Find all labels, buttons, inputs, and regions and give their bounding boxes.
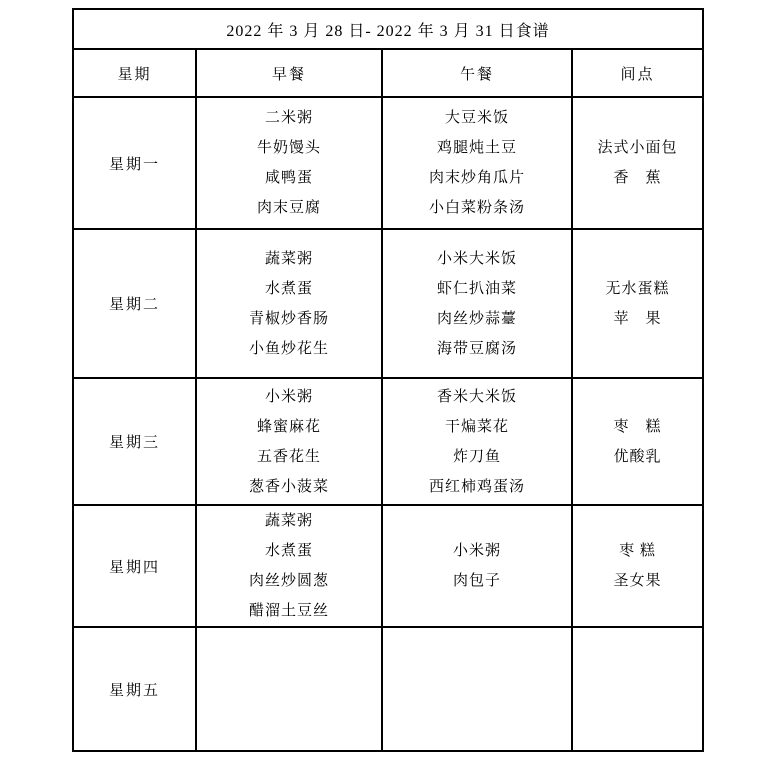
dish-item: 二米粥 xyxy=(197,103,381,133)
dish-item: 枣 糕 xyxy=(573,412,702,442)
dish-item: 肉包子 xyxy=(383,566,571,596)
row-thursday: 星期四 蔬菜粥水煮蛋肉丝炒圆葱醋溜土豆丝 小米粥肉包子 枣 糕圣女果 xyxy=(73,505,703,627)
dish-item: 炸刀鱼 xyxy=(383,442,571,472)
snack-cell: 枣 糕优酸乳 xyxy=(572,378,703,505)
dish-item: 葱香小菠菜 xyxy=(197,472,381,502)
dish-item: 小米大米饭 xyxy=(383,244,571,274)
dish-item: 肉丝炒蒜薹 xyxy=(383,304,571,334)
dish-item: 小鱼炒花生 xyxy=(197,334,381,364)
dish-item: 肉末豆腐 xyxy=(197,193,381,223)
column-header-snack: 间点 xyxy=(572,49,703,97)
day-cell: 星期二 xyxy=(73,229,196,378)
dish-item: 西红柿鸡蛋汤 xyxy=(383,472,571,502)
dish-item: 大豆米饭 xyxy=(383,103,571,133)
snack-cell: 无水蛋糕苹 果 xyxy=(572,229,703,378)
dish-item: 香 蕉 xyxy=(573,163,702,193)
dish-item: 鸡腿炖土豆 xyxy=(383,133,571,163)
snack-cell: 法式小面包香 蕉 xyxy=(572,97,703,229)
dish-item: 香米大米饭 xyxy=(383,382,571,412)
snack-cell: 枣 糕圣女果 xyxy=(572,505,703,627)
dish-item: 小米粥 xyxy=(383,536,571,566)
dish-item: 优酸乳 xyxy=(573,442,702,472)
header-row: 星期 早餐 午餐 间点 xyxy=(73,49,703,97)
row-friday: 星期五 xyxy=(73,627,703,751)
dish-item: 蜂蜜麻花 xyxy=(197,412,381,442)
lunch-cell xyxy=(382,627,572,751)
dish-item: 干煸菜花 xyxy=(383,412,571,442)
dish-item: 法式小面包 xyxy=(573,133,702,163)
page: 2022 年 3 月 28 日- 2022 年 3 月 31 日食谱 星期 早餐… xyxy=(0,0,773,759)
table-title: 2022 年 3 月 28 日- 2022 年 3 月 31 日食谱 xyxy=(73,9,703,49)
day-cell: 星期四 xyxy=(73,505,196,627)
breakfast-cell: 蔬菜粥水煮蛋肉丝炒圆葱醋溜土豆丝 xyxy=(196,505,382,627)
dish-item: 水煮蛋 xyxy=(197,274,381,304)
column-header-lunch: 午餐 xyxy=(382,49,572,97)
dish-item: 小白菜粉条汤 xyxy=(383,193,571,223)
dish-item: 肉末炒角瓜片 xyxy=(383,163,571,193)
dish-item: 蔬菜粥 xyxy=(197,244,381,274)
day-cell: 星期一 xyxy=(73,97,196,229)
breakfast-cell xyxy=(196,627,382,751)
dish-item: 圣女果 xyxy=(573,566,702,596)
lunch-cell: 小米大米饭虾仁扒油菜肉丝炒蒜薹海带豆腐汤 xyxy=(382,229,572,378)
row-wednesday: 星期三 小米粥蜂蜜麻花五香花生葱香小菠菜 香米大米饭干煸菜花炸刀鱼西红柿鸡蛋汤 … xyxy=(73,378,703,505)
day-cell: 星期三 xyxy=(73,378,196,505)
menu-table: 2022 年 3 月 28 日- 2022 年 3 月 31 日食谱 星期 早餐… xyxy=(72,8,704,752)
dish-item: 肉丝炒圆葱 xyxy=(197,566,381,596)
dish-item: 青椒炒香肠 xyxy=(197,304,381,334)
title-row: 2022 年 3 月 28 日- 2022 年 3 月 31 日食谱 xyxy=(73,9,703,49)
dish-item: 苹 果 xyxy=(573,304,702,334)
row-monday: 星期一 二米粥牛奶馒头咸鸭蛋肉末豆腐 大豆米饭鸡腿炖土豆肉末炒角瓜片小白菜粉条汤… xyxy=(73,97,703,229)
column-header-breakfast: 早餐 xyxy=(196,49,382,97)
row-tuesday: 星期二 蔬菜粥水煮蛋青椒炒香肠小鱼炒花生 小米大米饭虾仁扒油菜肉丝炒蒜薹海带豆腐… xyxy=(73,229,703,378)
dish-item: 水煮蛋 xyxy=(197,536,381,566)
lunch-cell: 小米粥肉包子 xyxy=(382,505,572,627)
day-cell: 星期五 xyxy=(73,627,196,751)
dish-item: 无水蛋糕 xyxy=(573,274,702,304)
lunch-cell: 香米大米饭干煸菜花炸刀鱼西红柿鸡蛋汤 xyxy=(382,378,572,505)
dish-item: 蔬菜粥 xyxy=(197,506,381,536)
snack-cell xyxy=(572,627,703,751)
dish-item: 五香花生 xyxy=(197,442,381,472)
column-header-week: 星期 xyxy=(73,49,196,97)
dish-item: 醋溜土豆丝 xyxy=(197,596,381,626)
dish-item: 海带豆腐汤 xyxy=(383,334,571,364)
dish-item: 咸鸭蛋 xyxy=(197,163,381,193)
lunch-cell: 大豆米饭鸡腿炖土豆肉末炒角瓜片小白菜粉条汤 xyxy=(382,97,572,229)
dish-item: 牛奶馒头 xyxy=(197,133,381,163)
dish-item: 虾仁扒油菜 xyxy=(383,274,571,304)
breakfast-cell: 蔬菜粥水煮蛋青椒炒香肠小鱼炒花生 xyxy=(196,229,382,378)
breakfast-cell: 小米粥蜂蜜麻花五香花生葱香小菠菜 xyxy=(196,378,382,505)
dish-item: 枣 糕 xyxy=(573,536,702,566)
breakfast-cell: 二米粥牛奶馒头咸鸭蛋肉末豆腐 xyxy=(196,97,382,229)
dish-item: 小米粥 xyxy=(197,382,381,412)
